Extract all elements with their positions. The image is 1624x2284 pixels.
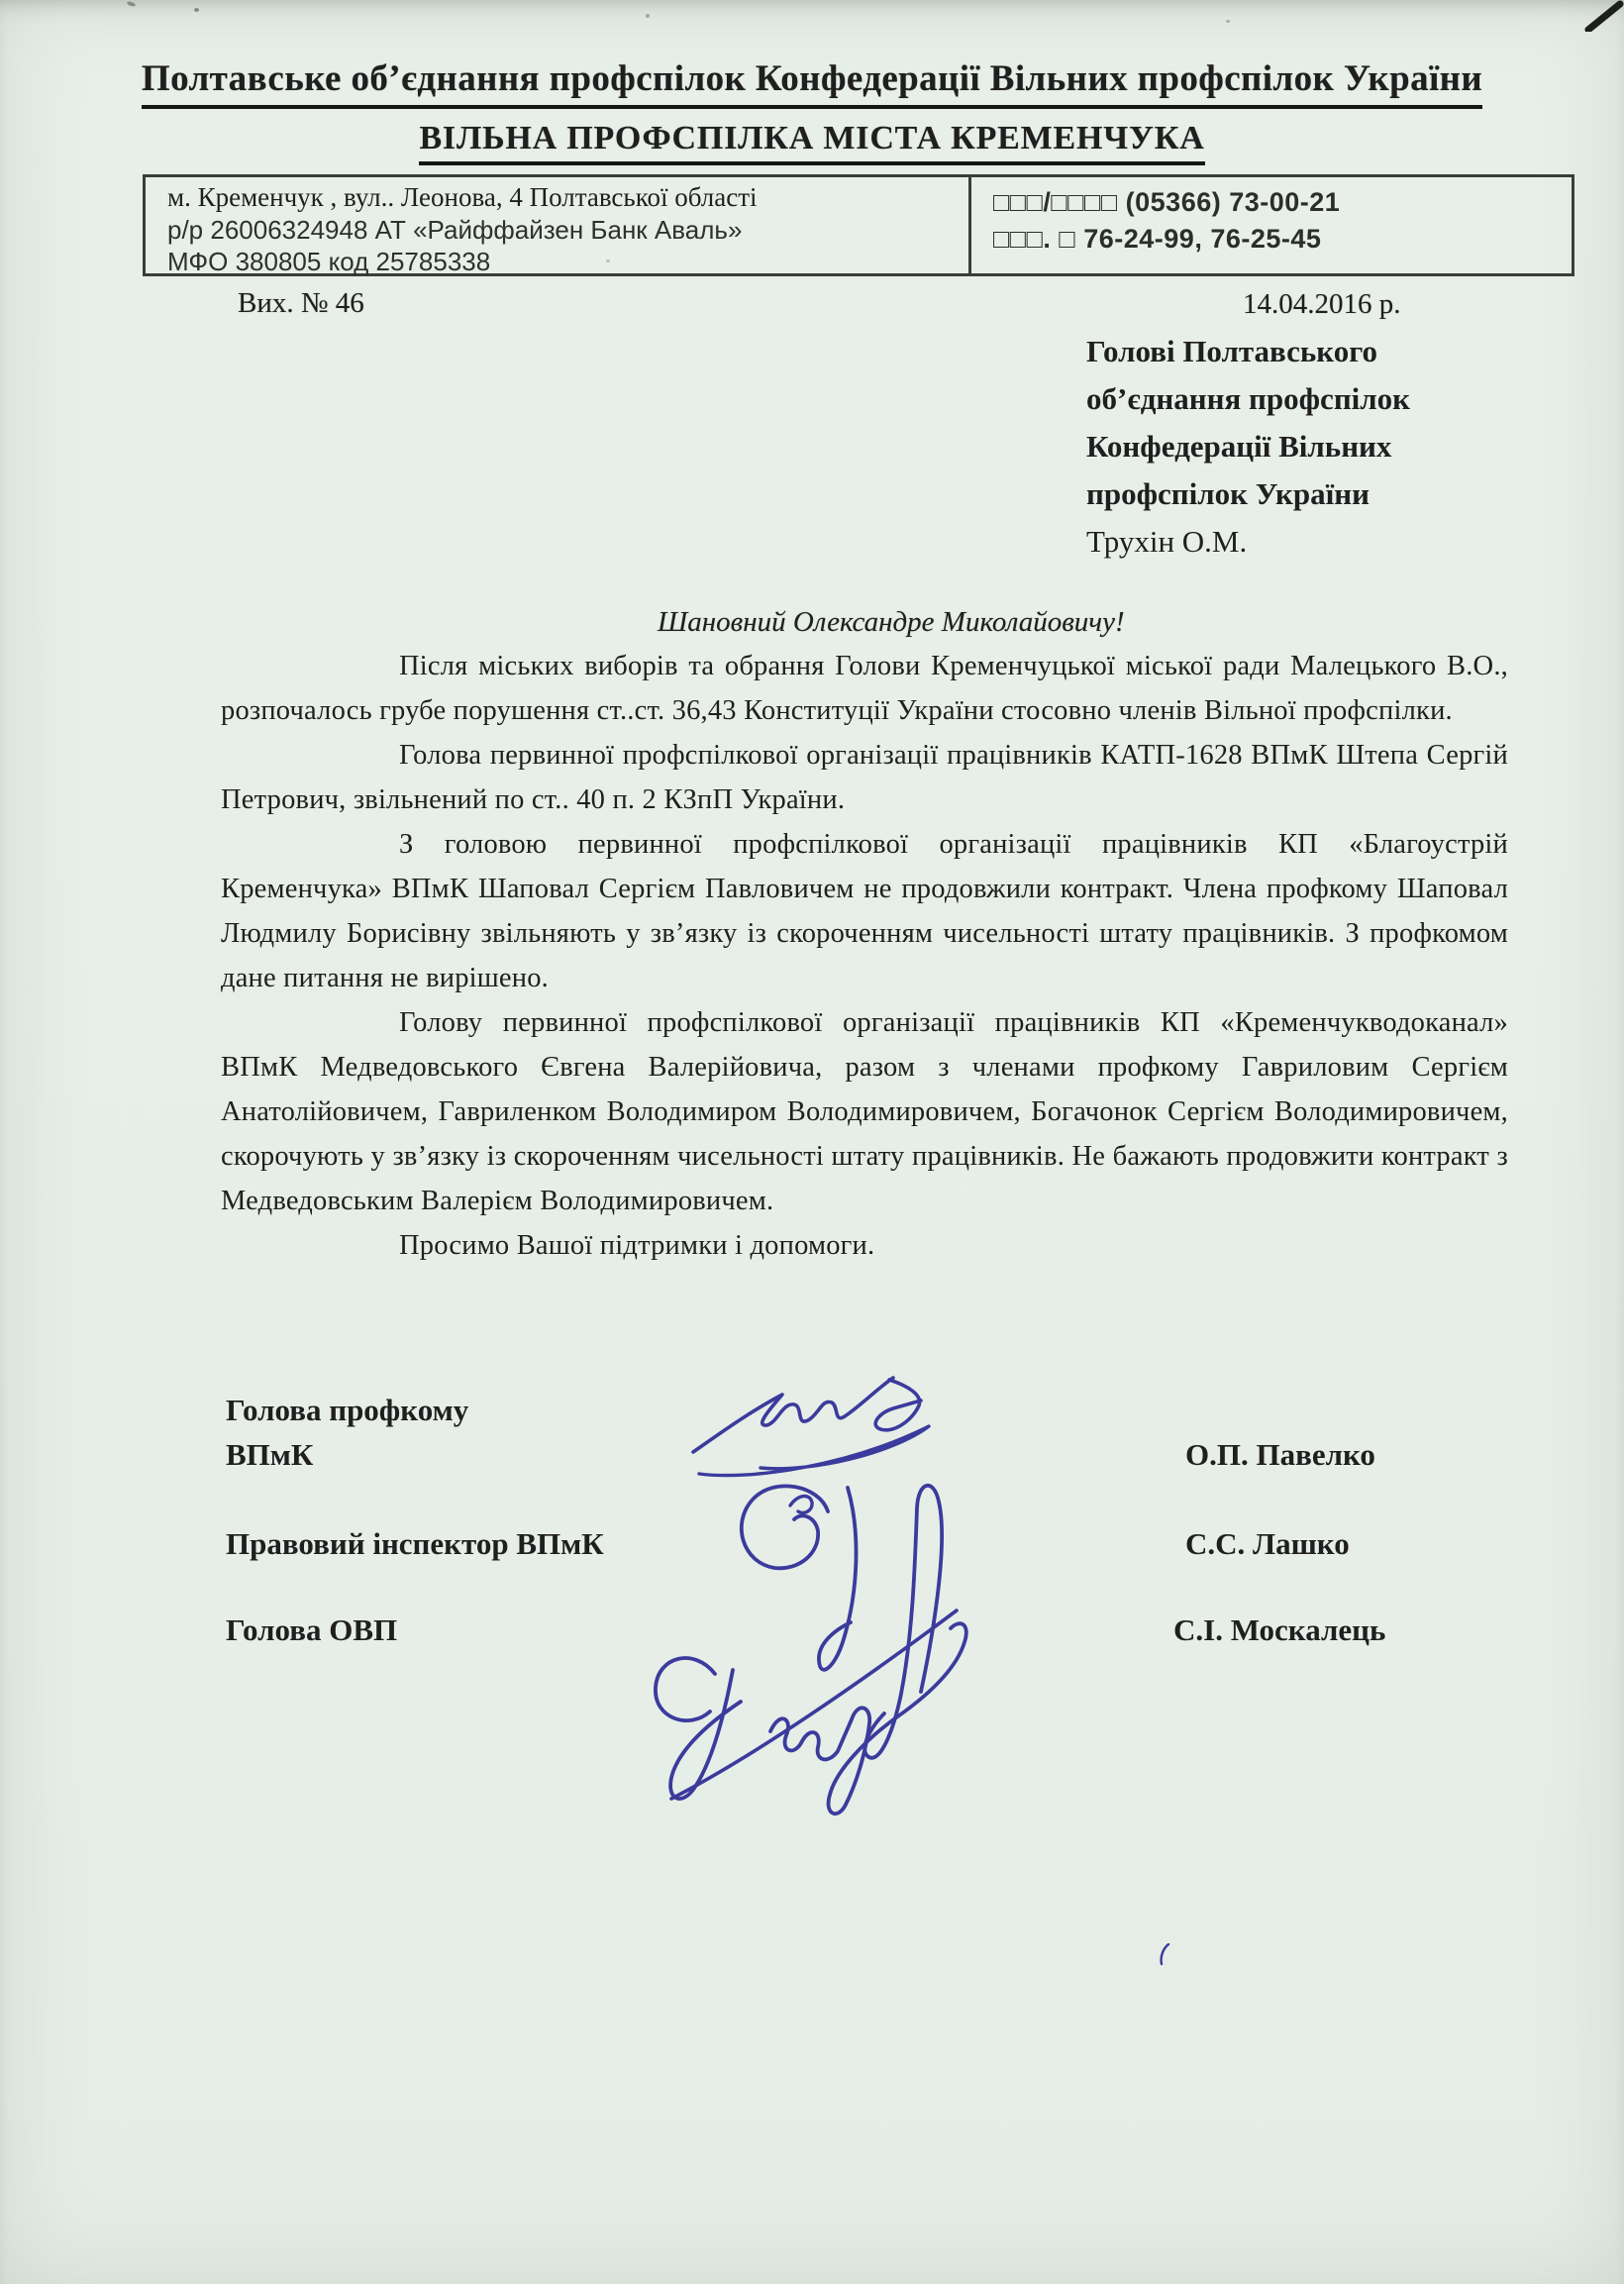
scan-speck — [194, 8, 199, 12]
body-paragraph: З головою первинної профспілкової органі… — [221, 822, 1508, 1000]
scanned-letter-page: Полтавське об’єднання профспілок Конфеде… — [0, 0, 1624, 2284]
addressee-line: об’єднання профспілок — [1086, 375, 1410, 423]
signer-title-chairman: Голова профкому — [226, 1393, 468, 1428]
letter-date: 14.04.2016 р. — [1243, 288, 1401, 321]
outgoing-number: Вих. № 46 — [238, 287, 364, 320]
contact-codes-line: МФО 380805 код 25785338 — [167, 246, 968, 277]
addressee-line: Голові Полтавського — [1086, 328, 1410, 375]
contact-address-cell: м. Кременчук , вул.. Леонова, 4 Полтавсь… — [146, 177, 971, 273]
addressee-line: Конфедерації Вільних — [1086, 423, 1410, 470]
signer-name-pavelko: О.П. Павелко — [1185, 1437, 1375, 1473]
addressee-name: Трухін О.М. — [1086, 518, 1410, 566]
ink-speck — [1157, 1943, 1172, 1967]
contact-phone-line1: □□□/□□□□ (05366) 73-00-21 — [993, 184, 1572, 221]
body-paragraph: Голова первинної профспілкової організац… — [221, 733, 1508, 822]
scan-speck — [1226, 20, 1230, 23]
org-name-line1: Полтавське об’єднання профспілок Конфеде… — [142, 57, 1482, 109]
contact-phones-cell: □□□/□□□□ (05366) 73-00-21 □□□. □ 76-24-9… — [971, 177, 1572, 273]
letterhead: Полтавське об’єднання профспілок Конфеде… — [0, 57, 1624, 165]
body-paragraph: Після міських виборів та обрання Голови … — [221, 644, 1508, 733]
signature-ink-pavelko — [683, 1369, 941, 1483]
signer-title-chairman-org: ВПмК — [226, 1437, 313, 1473]
signer-title-inspector: Правовий інспектор ВПмК — [226, 1526, 604, 1562]
scan-corner-artifact — [1582, 0, 1624, 32]
signer-name-moskalets: С.І. Москалець — [1173, 1612, 1385, 1648]
signer-name-lashko: С.С. Лашко — [1185, 1526, 1350, 1562]
contact-info-box: м. Кременчук , вул.. Леонова, 4 Полтавсь… — [143, 174, 1574, 276]
signer-title-ovp-head: Голова ОВП — [226, 1612, 397, 1648]
contact-phone-line2: □□□. □ 76-24-99, 76-25-45 — [993, 221, 1572, 258]
contact-bank-line: р/р 26006324948 АТ «Райффайзен Банк Авал… — [167, 214, 968, 246]
letter-body: Після міських виборів та обрання Голови … — [221, 644, 1508, 1268]
body-paragraph: Голову первинної профспілкової організац… — [221, 1000, 1508, 1223]
salutation: Шановний Олександре Миколайовичу! — [658, 606, 1125, 639]
scan-speck — [127, 1, 137, 8]
signature-ink-lashko-moskalets — [624, 1472, 1000, 1828]
scan-speck — [646, 14, 650, 18]
addressee-line: профспілок України — [1086, 470, 1410, 518]
addressee-block: Голові Полтавського об’єднання профспіло… — [1086, 328, 1410, 566]
org-name-line2: ВІЛЬНА ПРОФСПІЛКА МІСТА КРЕМЕНЧУКА — [419, 120, 1204, 165]
body-paragraph: Просимо Вашої підтримки і допомоги. — [221, 1223, 1508, 1268]
contact-address-line: м. Кременчук , вул.. Леонова, 4 Полтавсь… — [167, 181, 968, 214]
